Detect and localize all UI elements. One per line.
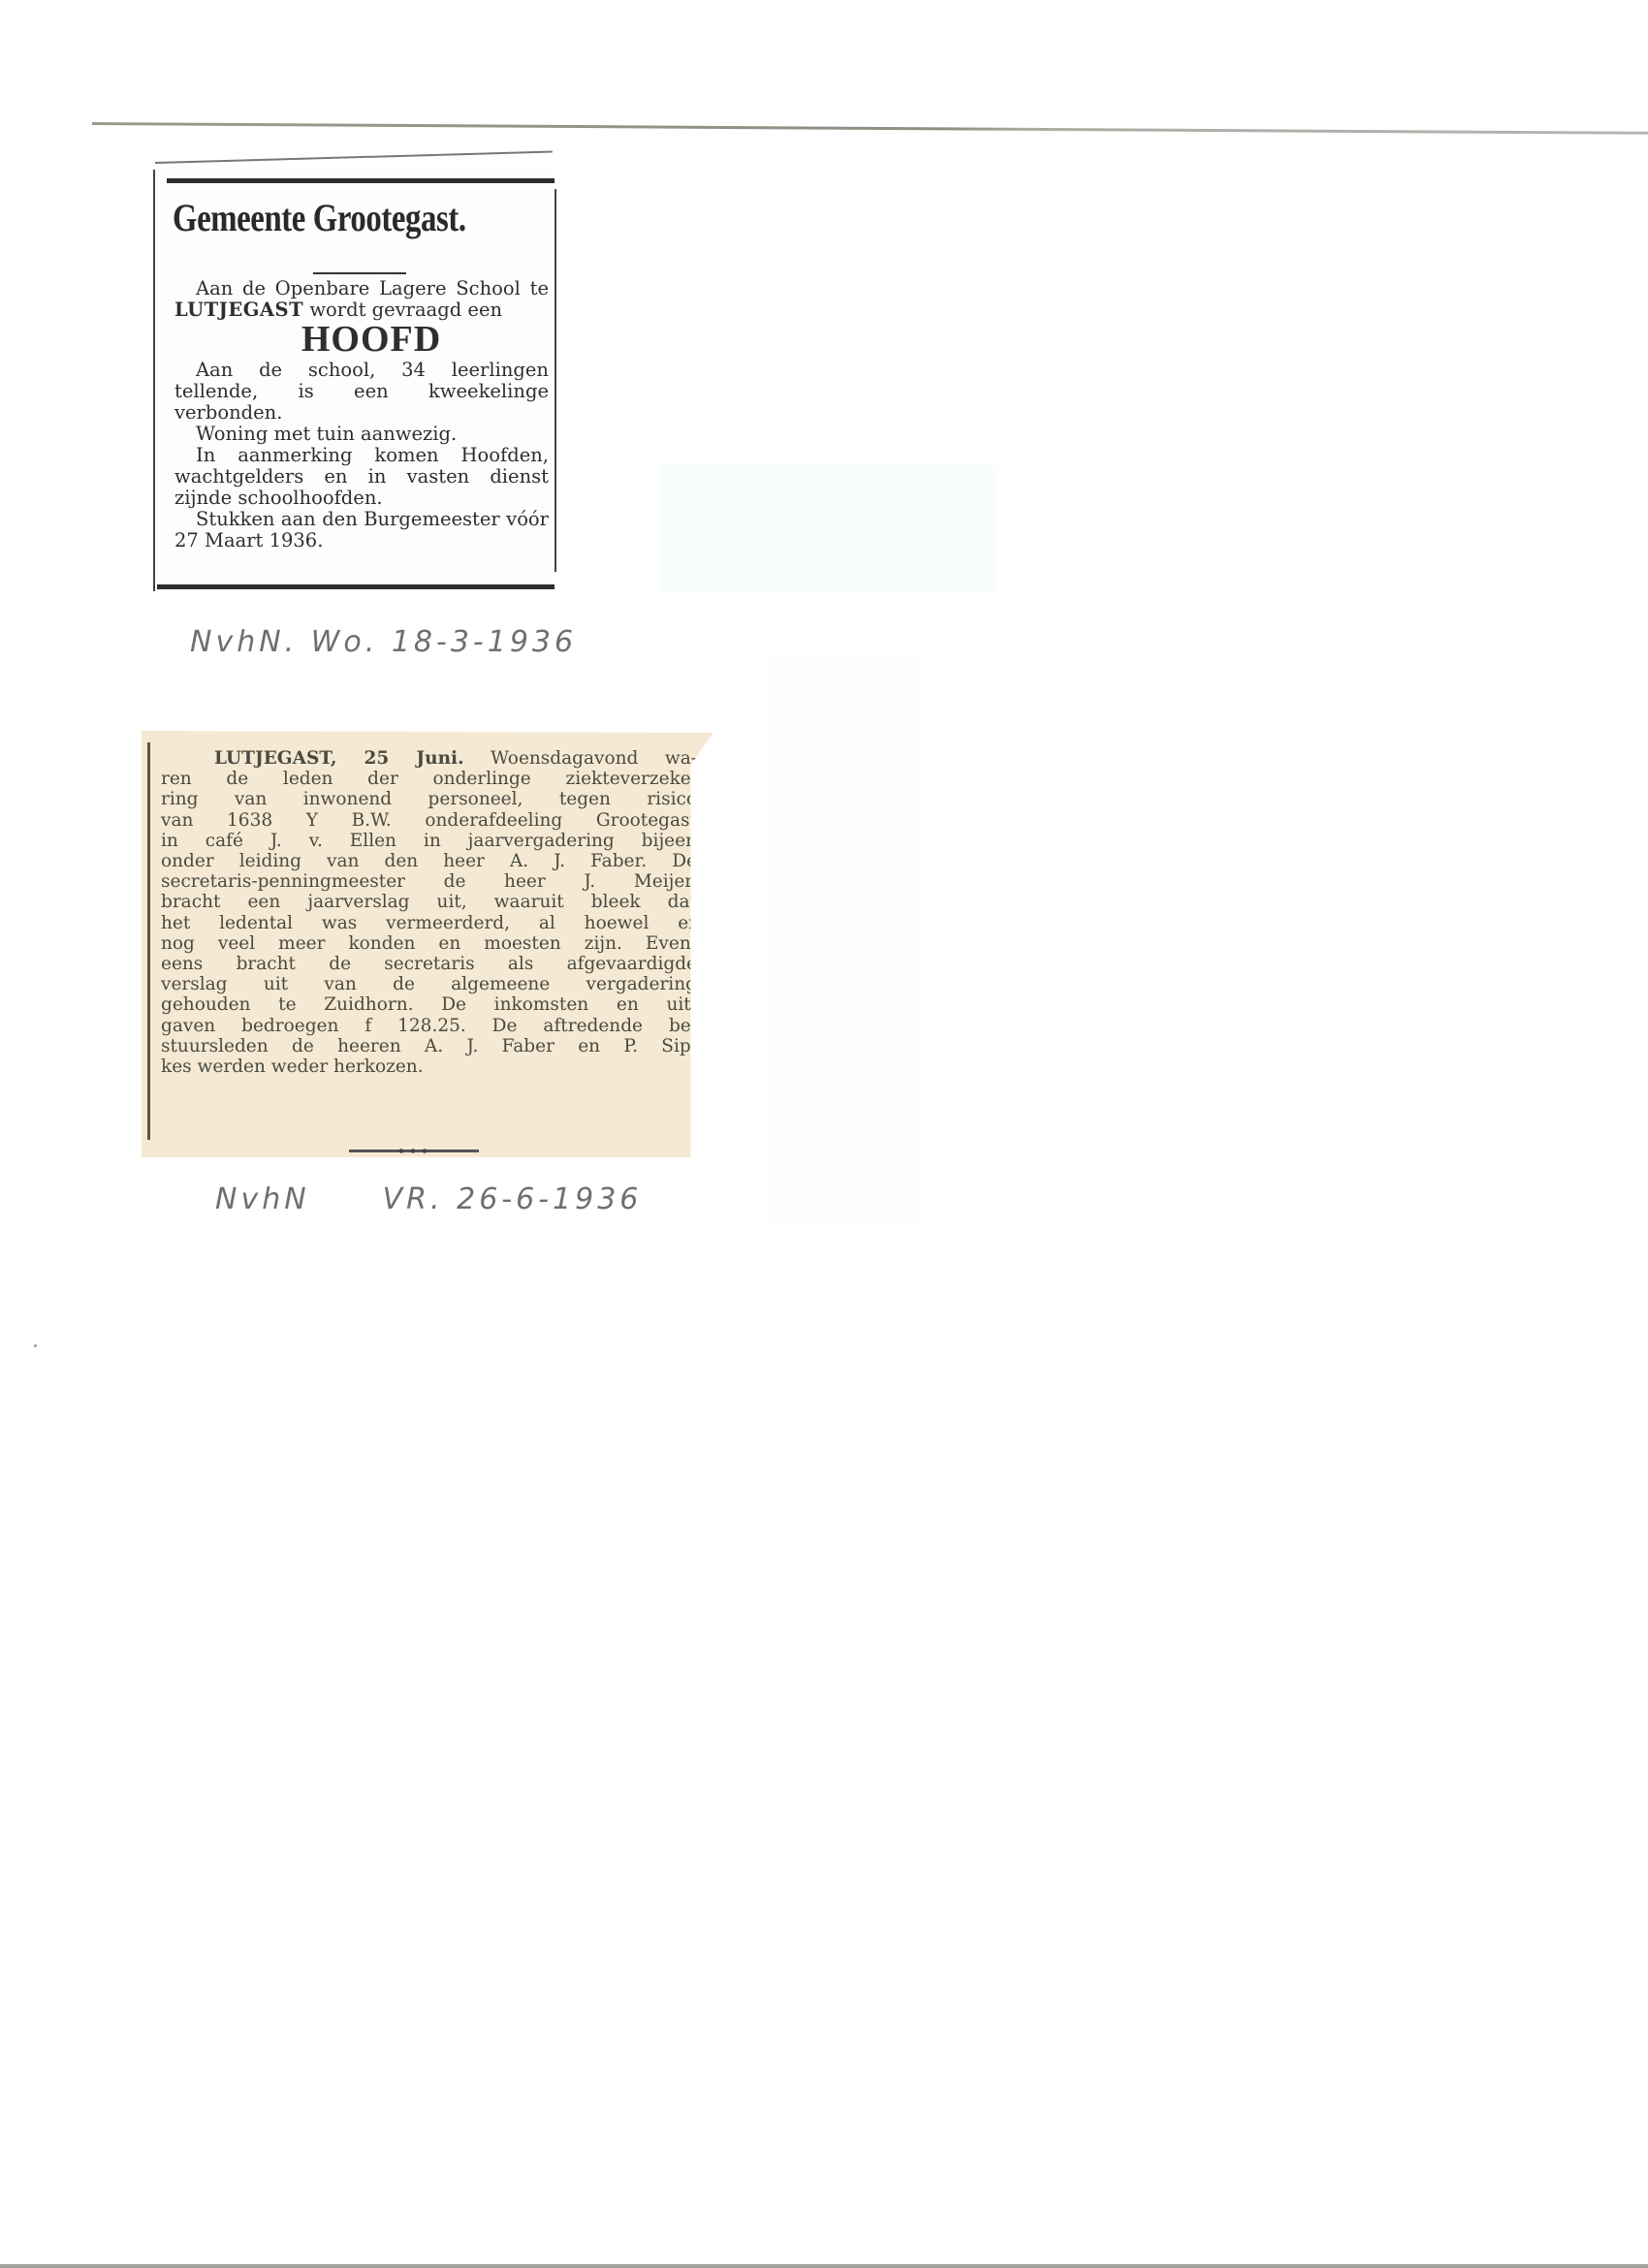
ad-heading: Gemeente Grootegast. — [173, 195, 483, 240]
faint-scan-residue — [766, 659, 921, 1221]
dust-speck — [34, 1344, 37, 1347]
clipping-advertisement: Gemeente Grootegast. Aan de Openbare Lag… — [153, 170, 553, 591]
news-line: gehouden te Zuidhorn. De inkomsten en ui… — [161, 994, 697, 1015]
column-right-rule — [709, 742, 711, 1111]
news-line: onder leiding van den heer A. J. Faber. … — [161, 851, 697, 871]
scan-top-rule — [92, 122, 1648, 135]
news-line: ren de leden der onderlinge ziekteverzek… — [161, 769, 697, 789]
news-line: stuursleden de heeren A. J. Faber en P. … — [161, 1036, 697, 1056]
handwritten-source-note: NvhN. Wo. 18-3-1936 — [190, 625, 577, 659]
news-line: kes werden weder herkozen. — [161, 1056, 697, 1077]
note-day: VR. — [383, 1182, 444, 1216]
news-line: nog veel meer konden en moesten zijn. Ev… — [161, 933, 697, 954]
news-text: LUTJEGAST, 25 Juni. Woensdagavond wa- re… — [161, 748, 697, 1077]
ad-line: wordt — [303, 299, 365, 321]
news-line: ring van inwonend personeel, tegen risic… — [161, 789, 697, 809]
ad-line: Aan de Openbare Lagere — [196, 277, 447, 299]
note-source: NvhN — [215, 1182, 310, 1216]
news-line: in café J. v. Ellen in jaarvergadering b… — [161, 831, 697, 851]
column-right-rule — [708, 1117, 711, 1153]
news-line: eens bracht de secretaris als afgevaardi… — [161, 954, 697, 974]
ad-paragraph: Aan de school, 34 leerlingen tellende, i… — [174, 360, 549, 424]
news-line: bracht een jaarverslag uit, waaruit blee… — [161, 892, 697, 912]
ad-divider — [313, 272, 406, 274]
clipping-cut-edge — [155, 151, 553, 164]
ad-body: Aan de Openbare Lagere School te LUTJEGA… — [174, 278, 549, 551]
news-line: gaven bedroegen f 128.25. De aftredende … — [161, 1016, 697, 1036]
ad-paragraph: Woning met tuin aanwezig. — [174, 424, 549, 445]
scan-bottom-edge — [0, 2264, 1648, 2268]
ad-bottom-border — [157, 584, 555, 589]
ad-top-border — [167, 178, 555, 183]
faint-scan-residue — [659, 465, 998, 591]
ad-place-name: LUTJEGAST — [174, 299, 303, 321]
news-line-text: Woensdagavond wa- — [491, 748, 697, 769]
note-source: NvhN. — [190, 625, 298, 659]
ad-line: School te — [456, 277, 549, 299]
ad-paragraph: Aan de Openbare Lagere School te LUTJEGA… — [174, 278, 549, 321]
handwritten-source-note: NvhNVR. 26-6-1936 — [215, 1182, 642, 1216]
news-line: het ledental was vermeerderd, al hoewel … — [161, 913, 697, 933]
article-end-ornament — [349, 1150, 479, 1152]
news-line: LUTJEGAST, 25 Juni. Woensdagavond wa- — [161, 748, 697, 769]
news-line: secretaris-penningmeester de heer J. Mei… — [161, 871, 697, 892]
clipping-news-item: LUTJEGAST, 25 Juni. Woensdagavond wa- re… — [142, 731, 713, 1157]
note-date: 18-3-1936 — [392, 625, 577, 659]
news-dateline: LUTJEGAST, 25 Juni. — [214, 748, 463, 769]
note-date: 26-6-1936 — [457, 1182, 642, 1216]
column-left-rule — [147, 742, 150, 1140]
note-day: Wo. — [311, 625, 379, 659]
news-line: verslag uit van de algemeene vergadering — [161, 974, 697, 994]
ad-right-border — [555, 189, 556, 572]
ad-line: gevraagd een — [372, 299, 502, 321]
ad-position-title: HOOFD — [174, 321, 549, 358]
ad-paragraph: Stukken aan den Burgemeester vóór 27 Maa… — [174, 509, 549, 551]
news-line: van 1638 Y B.W. onderafdeeling Grootegas… — [161, 810, 697, 831]
ad-paragraph: In aanmerking komen Hoofden, wachtgelder… — [174, 445, 549, 509]
